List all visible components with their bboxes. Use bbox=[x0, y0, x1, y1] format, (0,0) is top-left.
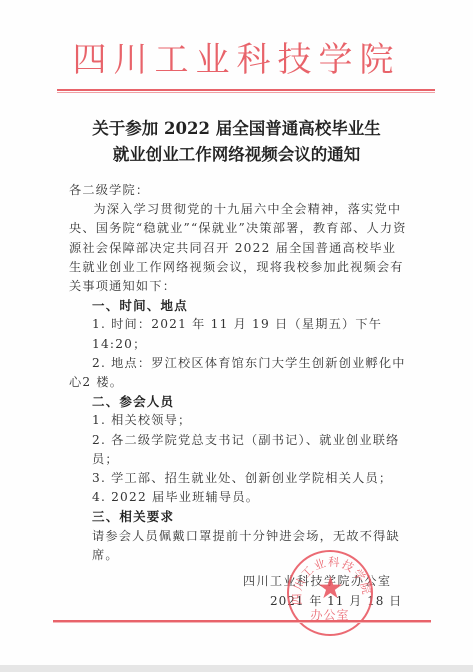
section-heading-time-place: 一、时间、地点 bbox=[69, 296, 409, 315]
list-item: 2. 地点：罗江校区体育馆东门大学生创新创业孵化中心2 楼。 bbox=[69, 354, 409, 392]
notice-title-line-1: 关于参加 2022 届全国普通高校毕业生 bbox=[0, 116, 473, 142]
list-item: 1. 时间：2021 年 11 月 19 日（星期五）下午 14:20； bbox=[69, 315, 409, 353]
intro-paragraph: 为深入学习贯彻党的十九届六中全会精神，落实党中央、国务院“稳就业”“保就业”决策… bbox=[69, 200, 409, 296]
masthead-divider bbox=[57, 89, 435, 93]
list-item: 3. 学工部、招生就业处、创新创业学院相关人员； bbox=[69, 469, 409, 488]
notice-body: 各二级学院： 为深入学习贯彻党的十九届六中全会精神，落实党中央、国务院“稳就业”… bbox=[69, 181, 409, 565]
section-heading-attendees: 二、参会人员 bbox=[69, 392, 409, 411]
footer-divider bbox=[53, 620, 431, 623]
list-item: 4. 2022 届毕业班辅导员。 bbox=[69, 488, 409, 507]
masthead-title: 四川工业科技学院 bbox=[0, 40, 473, 80]
document-page: 四川工业科技学院 关于参加 2022 届全国普通高校毕业生 就业创业工作网络视频… bbox=[0, 0, 473, 665]
section-heading-requirements: 三、相关要求 bbox=[69, 507, 409, 526]
notice-title-line-2: 就业创业工作网络视频会议的通知 bbox=[0, 142, 473, 168]
star-icon: ★ bbox=[317, 574, 344, 604]
list-item: 2. 各二级学院党总支书记（副书记）、就业创业联络员； bbox=[69, 431, 409, 469]
list-item: 1. 相关校领导； bbox=[69, 411, 409, 430]
official-seal-stamp: 四川工业科技学院 ★ 办公室 bbox=[287, 550, 373, 636]
notice-title: 关于参加 2022 届全国普通高校毕业生 就业创业工作网络视频会议的通知 bbox=[0, 116, 473, 168]
salutation: 各二级学院： bbox=[69, 181, 409, 200]
